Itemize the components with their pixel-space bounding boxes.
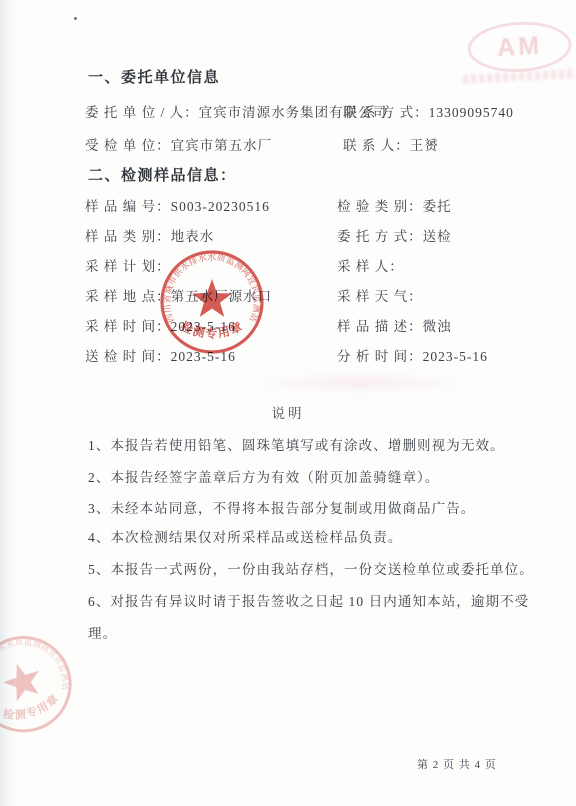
scan-speck: [74, 17, 77, 20]
seal-bottom-text: 检测专用章: [178, 318, 245, 340]
section1-title: 一、委托单位信息: [88, 66, 220, 87]
inspected-value: 宜宾市第五水厂: [171, 138, 273, 153]
inspected-label: 受 检 单 位：: [85, 138, 171, 153]
note-item-3: 3、未经本站同意，不得将本报告部分复制或用做商品广告。: [88, 493, 550, 525]
watermark-am-logo: AM: [496, 31, 542, 62]
note-item-6: 6、对报告有异议时请于报告签收之日起 10 日内通知本站，逾期不受理。: [88, 586, 550, 650]
contact-label: 联 系 方 式：: [343, 105, 429, 120]
description-label: 样 品 描 述：: [337, 319, 423, 334]
note-item-5: 5、本报告一式两份，一份由我站存档，一份交送检单位或委托单位。: [88, 554, 550, 586]
notes-title: 说明: [0, 402, 576, 422]
inspection-seal: 四川省城市供水排水水质监测网宜宾监测站 检测专用章: [152, 244, 272, 364]
inspect-type-value: 委托: [423, 199, 452, 214]
watermark-subtext-blur: [463, 69, 575, 84]
sample-number-label: 样 品 编 号：: [85, 199, 171, 214]
scan-smudge: [250, 372, 470, 394]
sample-category-label: 样 品 类 别：: [85, 229, 171, 244]
client-label: 委 托 单 位 / 人：: [85, 105, 199, 120]
client-row: 委 托 单 位 / 人：宜宾市清源水务集团有限公司 联 系 方 式：133090…: [85, 101, 576, 121]
corner-seal-bottom-text: 检测专用章: [0, 689, 64, 728]
analysis-time-value: 2023-5-16: [423, 349, 488, 364]
note-item-1: 1、本报告若使用铅笔、圆珠笔填写或有涂改、增删则视为无效。: [88, 430, 550, 462]
commission-mode-value: 送检: [423, 229, 452, 244]
person-value: 王赟: [410, 138, 439, 153]
report-page: AM 一、委托单位信息 委 托 单 位 / 人：宜宾市清源水务集团有限公司 联 …: [0, 0, 576, 806]
contact-value: 13309095740: [429, 105, 514, 120]
sampler-field: 采 样 人：: [337, 255, 404, 275]
sample-row-number: 样 品 编 号：S003-20230516 检 验 类 别：委托: [85, 195, 576, 215]
commission-mode-field: 委 托 方 式：送检: [337, 225, 452, 245]
description-value: 微浊: [423, 319, 452, 334]
person-field: 联 系 人：王赟: [343, 134, 439, 154]
analysis-time-label: 分 析 时 间：: [337, 349, 423, 364]
description-field: 样 品 描 述：微浊: [337, 315, 452, 335]
analysis-time-field: 分 析 时 间：2023-5-16: [337, 345, 488, 365]
weather-field: 采 样 天 气：: [337, 285, 423, 305]
watermark-oval: AM: [466, 19, 572, 74]
sampler-label: 采 样 人：: [337, 259, 404, 274]
sample-row-category: 样 品 类 别：地表水 委 托 方 式：送检: [85, 225, 576, 245]
note-item-2: 2、本报告经签字盖章后方为有效（附页加盖骑缝章）。: [88, 462, 550, 494]
inspect-type-field: 检 验 类 别：委托: [337, 195, 452, 215]
scanner-watermark: AM: [460, 15, 576, 93]
corner-seal-faint: 四川省城市供水排水水质监测网宜宾监测站 检测专用章: [0, 615, 95, 756]
page-number: 第 2 页 共 4 页: [417, 756, 497, 772]
corner-seal-star: [0, 658, 46, 703]
inspected-row: 受 检 单 位：宜宾市第五水厂 联 系 人：王赟: [85, 134, 576, 154]
commission-mode-label: 委 托 方 式：: [337, 229, 423, 244]
weather-label: 采 样 天 气：: [337, 289, 423, 304]
inspect-type-label: 检 验 类 别：: [337, 199, 423, 214]
section2-title: 二、检测样品信息：: [88, 164, 237, 185]
contact-field: 联 系 方 式：13309095740: [343, 101, 514, 121]
seal-star: [192, 279, 232, 317]
note-item-4: 4、本次检测结果仅对所采样品或送检样品负责。: [88, 522, 550, 554]
sample-number-value: S003-20230516: [171, 199, 270, 214]
person-label: 联 系 人：: [343, 138, 410, 153]
sample-category-value: 地表水: [171, 229, 215, 244]
